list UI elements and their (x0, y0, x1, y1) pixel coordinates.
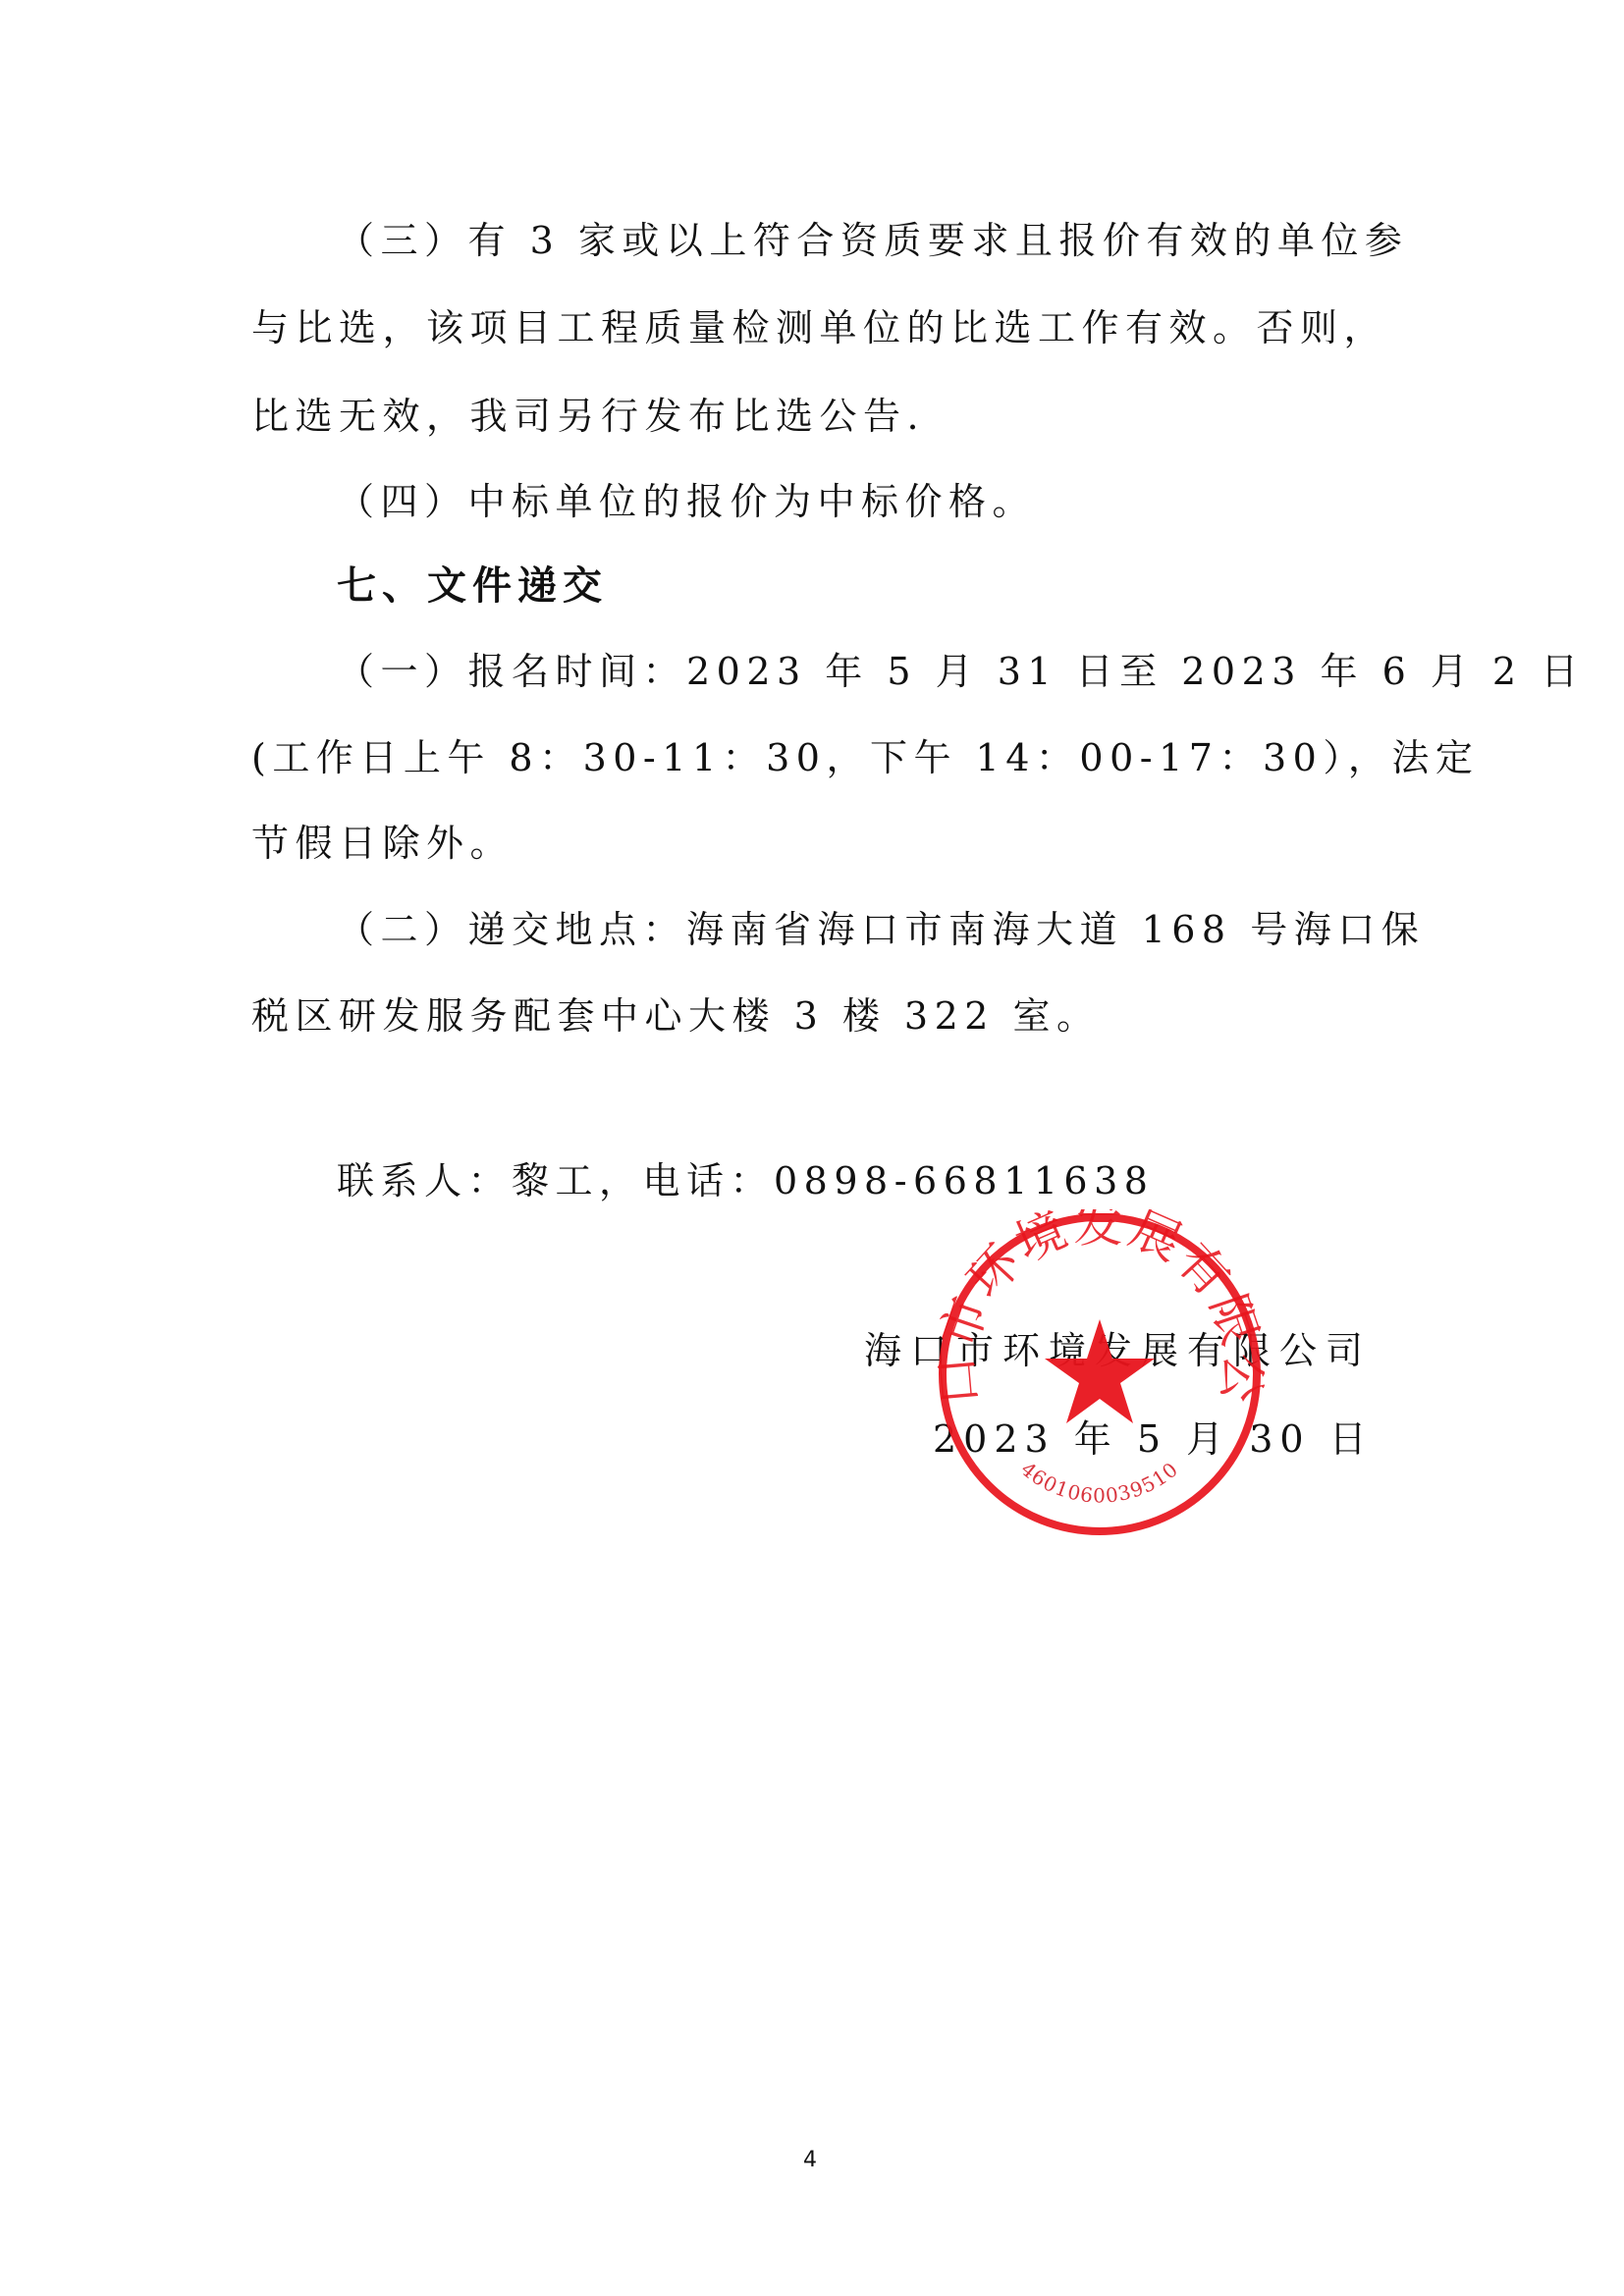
submission-address-line-2: 税区研发服务配套中心大楼 3 楼 322 室。 (251, 994, 1390, 1038)
signature-date: 2023 年 5 月 30 日 (933, 1417, 1374, 1461)
paragraph-3-line-2: 与比选，该项目工程质量检测单位的比选工作有效。否则， (251, 306, 1390, 349)
paragraph-3-line-3: 比选无效，我司另行发布比选公告. (251, 395, 1390, 438)
seal-code: 4601060039510 (1016, 1457, 1182, 1507)
paragraph-3-line-1: （三）有 3 家或以上符合资质要求且报价有效的单位参 (337, 219, 1392, 262)
paragraph-4-line-1: （四）中标单位的报价为中标价格。 (337, 480, 1392, 523)
registration-time-line-1: （一）报名时间：2023 年 5 月 31 日至 2023 年 6 月 2 日 (337, 650, 1392, 693)
svg-text:海口市环境发展有限公司: 海口市环境发展有限公司 (935, 1209, 1265, 1408)
contact-line: 联系人：黎工，电话：0898-66811638 (337, 1159, 1392, 1202)
registration-time-line-3: 节假日除外。 (251, 822, 1390, 865)
company-seal-icon: 海口市环境发展有限公司 4601060039510 (935, 1209, 1265, 1539)
page-number: 4 (803, 2148, 817, 2172)
seal-text: 海口市环境发展有限公司 (935, 1209, 1265, 1408)
registration-time-line-2: (工作日上午 8：30-11：30，下午 14：00-17：30），法定 (251, 736, 1390, 779)
signature-company: 海口市环境发展有限公司 (864, 1329, 1372, 1372)
submission-address-line-1: （二）递交地点：海南省海口市南海大道 168 号海口保 (337, 908, 1392, 951)
svg-text:4601060039510: 4601060039510 (1016, 1457, 1182, 1507)
section-heading: 七、文件递交 (337, 564, 608, 608)
